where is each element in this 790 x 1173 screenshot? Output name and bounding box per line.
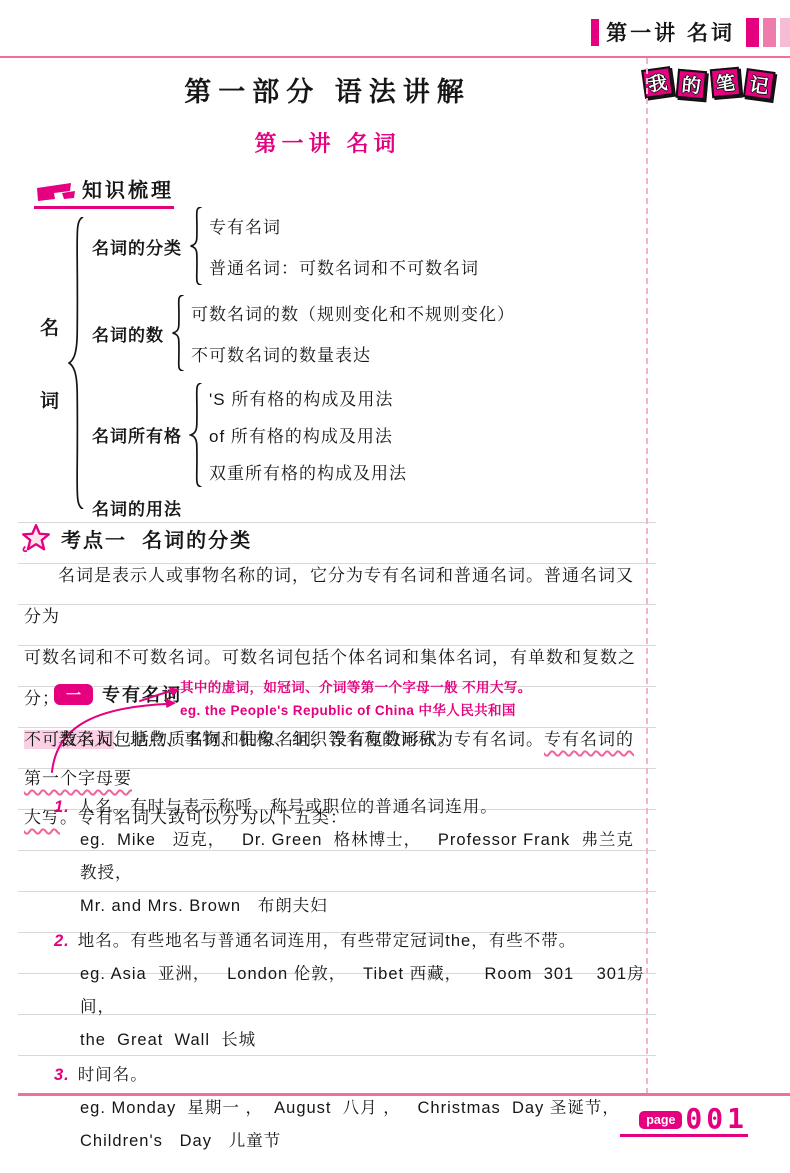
knowledge-map-heading: 知识梳理 [34,174,174,209]
my-notes-badge: 我 的 笔 记 [643,68,774,97]
branch-label: 名词所有格 [92,422,182,447]
example-line: the Great Wall 长城 [54,1024,650,1057]
diagram-root-label: 名 词 [40,313,59,413]
example-line: eg. Monday 星期一 ， August 八月 ， Christmas D… [54,1092,650,1125]
body-line: 表示人、地点、事物、机构、组织等名称的词称为专有名词。专有名词的第一个字母要 [24,720,650,798]
part-title: 第一部分 语法讲解 [0,70,655,109]
branch-label: 名词的用法 [92,495,182,520]
chapter-tab-label: 第一讲 名词 [606,17,735,47]
note-line: 其中的虚词，如冠词、介词等第一个字母一般 不用大写。 [180,676,650,699]
list-item: 2.地名。有些地名与普通名词连用，有些带定冠词the，有些不带。 eg. Asi… [54,925,650,1057]
exam-point-heading: 考点一 名词的分类 [20,522,252,554]
branch-child: 普通名词：可数名词和不可数名词 [209,246,479,287]
exam-point-title: 考点一 名词的分类 [61,524,252,553]
chapter-tab: 第一讲 名词 [591,17,790,47]
knowledge-map-diagram: 名 词 名词的分类 专有名词 普通名词：可数名词和不可数名词 名词的数 [40,205,515,520]
curly-brace-icon [171,295,184,371]
list-item-head: 3.时间名。 [54,1059,650,1092]
root-char: 名 [40,313,59,340]
example-line: eg. Asia 亚洲， London 伦敦， Tibet 西藏， Room 3… [54,958,650,1024]
curly-brace-icon [189,383,202,487]
curly-brace-icon [189,207,202,285]
marker-brush-icon [34,179,76,203]
notes-column-divider [646,58,648,1094]
branch-child: 专有名词 [209,205,479,246]
page-footer: page 001 [620,1106,748,1137]
pink-bar-icon [591,19,599,46]
branch-label: 名词的数 [92,321,164,346]
note-line: eg. the People's Republic of China 中华人民共… [180,699,650,722]
list-item: 3.时间名。 eg. Monday 星期一 ， August 八月 ， Chri… [54,1059,650,1158]
branch-usage: 名词的用法 [92,495,515,520]
example-line: eg. Mike 迈克， Dr. Green 格林博士， Professor F… [54,824,650,890]
root-char: 词 [40,386,59,413]
fading-bars-icon [746,18,790,47]
list-item: 1.人名。有时与表示称呼、称号或职位的普通名词连用。 eg. Mike 迈克， … [54,791,650,923]
proper-noun-category-list: 1.人名。有时与表示称呼、称号或职位的普通名词连用。 eg. Mike 迈克， … [54,791,650,1160]
branch-child: 不可数名词的数量表达 [191,333,515,374]
branch-child: 'S 所有格的构成及用法 [209,379,407,416]
notes-badge-char: 的 [676,69,707,100]
branch-child: of 所有格的构成及用法 [209,416,407,453]
item-number: 3. [54,1066,70,1084]
lecture-title: 第一讲 名词 [0,127,655,158]
page-label-chip: page [639,1111,682,1129]
handwritten-note: 其中的虚词，如冠词、介词等第一个字母一般 不用大写。 eg. the Peopl… [180,676,650,722]
bottom-rule [18,1093,790,1096]
header-rule [0,56,790,58]
example-line: Mr. and Mrs. Brown 布朗夫妇 [54,890,650,923]
textbook-page: 第一讲 名词 我 的 笔 记 第一部分 语法讲解 第一讲 名词 知识梳理 名 词… [0,0,790,1173]
page-number: 001 [685,1106,748,1132]
item-number: 2. [54,932,70,950]
footer-underline [620,1134,748,1137]
branch-child: 可数名词的数（规则变化和不规则变化） [191,292,515,333]
branch-child: 双重所有格的构成及用法 [209,453,407,490]
list-item-head: 1.人名。有时与表示称呼、称号或职位的普通名词连用。 [54,791,650,824]
item-number: 1. [54,798,70,816]
knowledge-map-title: 知识梳理 [82,174,174,203]
paragraph-line: 名词是表示人或事物名称的词，它分为专有名词和普通名词。普通名词又分为 [24,555,646,637]
notes-badge-char: 笔 [710,67,741,98]
branch-classification: 名词的分类 专有名词 普通名词：可数名词和不可数名词 [92,205,515,287]
curly-brace-icon [67,217,84,509]
branch-possessive: 名词所有格 'S 所有格的构成及用法 of 所有格的构成及用法 双重所有格的构成… [92,379,515,490]
branch-label: 名词的分类 [92,234,182,259]
branch-number: 名词的数 可数名词的数（规则变化和不规则变化） 不可数名词的数量表达 [92,292,515,374]
notes-badge-char: 记 [743,68,776,101]
list-item-head: 2.地名。有些地名与普通名词连用，有些带定冠词the，有些不带。 [54,925,650,958]
star-icon [20,522,52,554]
example-line: Children's Day 儿童节 [54,1125,650,1158]
